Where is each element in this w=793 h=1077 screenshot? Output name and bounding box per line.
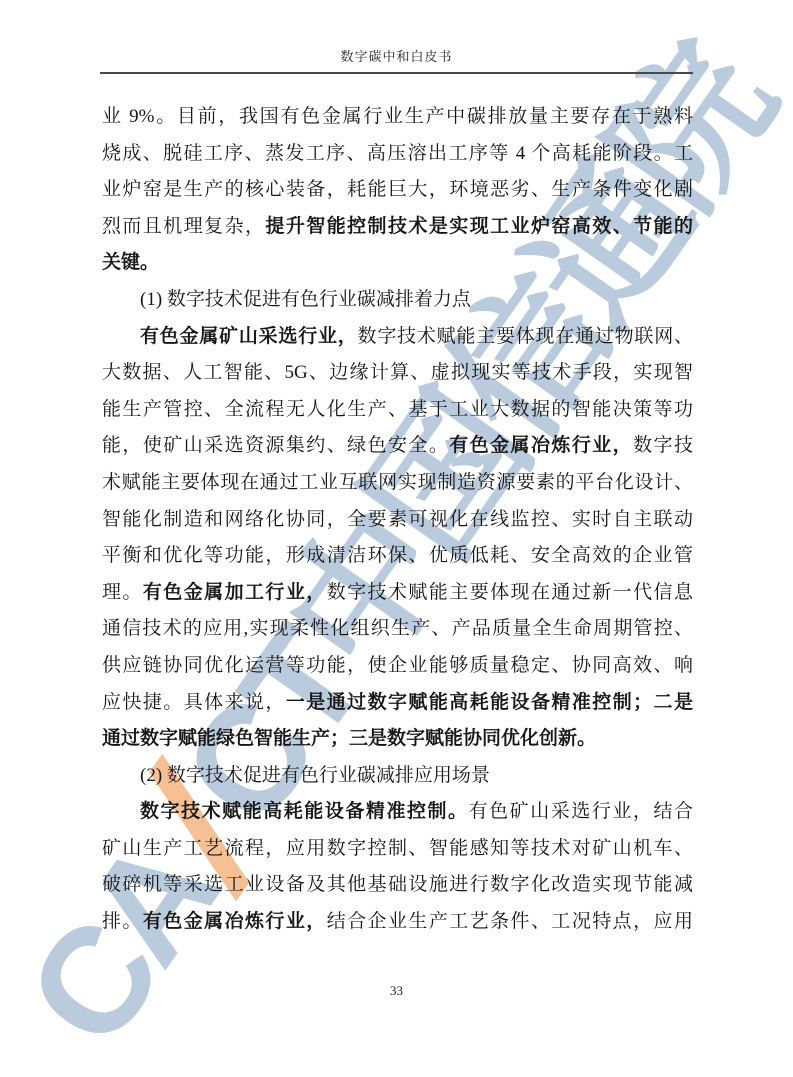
text-run: 矿山生产工艺流程，应用数字控制、智能感知等技术对矿山机车、 (102, 838, 693, 859)
text-line: 术赋能主要体现在通过工业互联网实现制造资源要素的平台化设计、 (102, 465, 693, 502)
bold-text-run: 一是通过数字赋能高耗能设备精准控制；二是 (286, 692, 693, 713)
text-run: 烈而且机理复杂， (102, 216, 265, 237)
text-line: 能，使矿山采选资源集约、绿色安全。有色金属冶炼行业，数字技 (102, 428, 693, 465)
bold-text-run: 关键。 (102, 252, 159, 273)
bold-text-run: 提升智能控制技术是实现工业炉窑高效、节能的 (265, 216, 693, 237)
text-run: 能，使矿山采选资源集约、绿色安全。 (102, 435, 449, 456)
text-line: 烧成、脱硅工序、蒸发工序、高压溶出工序等 4 个高耗能阶段。工 (102, 136, 693, 173)
bold-text-run: 数字技术赋能高耗能设备精准控制。 (140, 801, 469, 822)
text-line: (1) 数字技术促进有色行业碳减排着力点 (102, 282, 693, 319)
text-line: 平衡和优化等功能，形成清洁环保、优质低耗、安全高效的企业管 (102, 538, 693, 575)
text-line: 通过数字赋能绿色智能生产；三是数字赋能协同优化创新。 (102, 721, 693, 758)
text-run: 排。 (102, 911, 143, 932)
text-line: 矿山生产工艺流程，应用数字控制、智能感知等技术对矿山机车、 (102, 831, 693, 868)
text-line: 排。有色金属冶炼行业，结合企业生产工艺条件、工况特点，应用 (102, 904, 693, 941)
text-run: 破碎机等采选工业设备及其他基础设施进行数字化改造实现节能减 (102, 874, 693, 895)
text-line: 烈而且机理复杂，提升智能控制技术是实现工业炉窑高效、节能的 (102, 209, 693, 246)
text-line: 大数据、人工智能、5G、边缘计算、虚拟现实等技术手段，实现智 (102, 355, 693, 392)
text-run: 有色矿山采选行业，结合 (469, 801, 693, 822)
text-line: (2) 数字技术促进有色行业碳减排应用场景 (102, 758, 693, 795)
text-run: 数字技术赋能主要体现在通过新一代信息 (327, 582, 693, 603)
text-line: 有色金属矿山采选行业，数字技术赋能主要体现在通过物联网、 (102, 319, 693, 356)
text-line: 关键。 (102, 245, 693, 282)
text-line: 供应链协同优化运营等功能，使企业能够质量稳定、协同高效、响 (102, 648, 693, 685)
bold-text-run: 有色金属加工行业， (143, 582, 327, 603)
page-number: 33 (390, 983, 403, 998)
text-run: 应快捷。具体来说， (102, 692, 286, 713)
text-run: 平衡和优化等功能，形成清洁环保、优质低耗、安全高效的企业管 (102, 545, 693, 566)
header-rule (100, 72, 693, 74)
text-line: 破碎机等采选工业设备及其他基础设施进行数字化改造实现节能减 (102, 867, 693, 904)
page-footer: 33 (0, 982, 793, 1000)
body-text: 业 9%。目前，我国有色金属行业生产中碳排放量主要存在于熟料烧成、脱硅工序、蒸发… (102, 99, 693, 941)
text-run: (1) 数字技术促进有色行业碳减排着力点 (140, 289, 471, 310)
text-run: 烧成、脱硅工序、蒸发工序、高压溶出工序等 4 个高耗能阶段。工 (102, 143, 693, 164)
text-line: 通信技术的应用,实现柔性化组织生产、产品质量全生命周期管控、 (102, 611, 693, 648)
text-line: 应快捷。具体来说，一是通过数字赋能高耗能设备精准控制；二是 (102, 685, 693, 722)
text-run: 大数据、人工智能、5G、边缘计算、虚拟现实等技术手段，实现智 (102, 362, 693, 383)
bold-text-run: 有色金属冶炼行业， (143, 911, 327, 932)
text-run: 能生产管控、全流程无人化生产、基于工业大数据的智能决策等功 (102, 399, 693, 420)
text-line: 业 9%。目前，我国有色金属行业生产中碳排放量主要存在于熟料 (102, 99, 693, 136)
text-run: 通信技术的应用,实现柔性化组织生产、产品质量全生命周期管控、 (102, 618, 693, 639)
text-line: 智能化制造和网络化协同，全要素可视化在线监控、实时自主联动 (102, 502, 693, 539)
text-run: 业 9%。目前，我国有色金属行业生产中碳排放量主要存在于熟料 (102, 106, 693, 127)
bold-text-run: 有色金属冶炼行业， (449, 435, 633, 456)
bold-text-run: 有色金属矿山采选行业， (140, 326, 358, 347)
document-page: CA/CT中国信通院 数字碳中和白皮书 业 9%。目前，我国有色金属行业生产中碳… (0, 0, 793, 1077)
text-run: 数字技术赋能主要体现在通过物联网、 (358, 326, 693, 347)
text-run: 理。 (102, 582, 143, 603)
text-run: 供应链协同优化运营等功能，使企业能够质量稳定、协同高效、响 (102, 655, 693, 676)
text-run: 数字技 (633, 435, 693, 456)
text-line: 业炉窑是生产的核心装备，耗能巨大，环境恶劣、生产条件变化剧 (102, 172, 693, 209)
text-line: 能生产管控、全流程无人化生产、基于工业大数据的智能决策等功 (102, 392, 693, 429)
header-title: 数字碳中和白皮书 (0, 46, 793, 65)
text-line: 数字技术赋能高耗能设备精准控制。有色矿山采选行业，结合 (102, 794, 693, 831)
text-run: 结合企业生产工艺条件、工况特点，应用 (327, 911, 693, 932)
text-run: 业炉窑是生产的核心装备，耗能巨大，环境恶劣、生产条件变化剧 (102, 179, 693, 200)
text-run: 智能化制造和网络化协同，全要素可视化在线监控、实时自主联动 (102, 509, 693, 530)
text-run: 术赋能主要体现在通过工业互联网实现制造资源要素的平台化设计、 (102, 472, 693, 493)
text-run: (2) 数字技术促进有色行业碳减排应用场景 (140, 765, 490, 786)
text-line: 理。有色金属加工行业，数字技术赋能主要体现在通过新一代信息 (102, 575, 693, 612)
bold-text-run: 通过数字赋能绿色智能生产；三是数字赋能协同优化创新。 (102, 728, 596, 749)
